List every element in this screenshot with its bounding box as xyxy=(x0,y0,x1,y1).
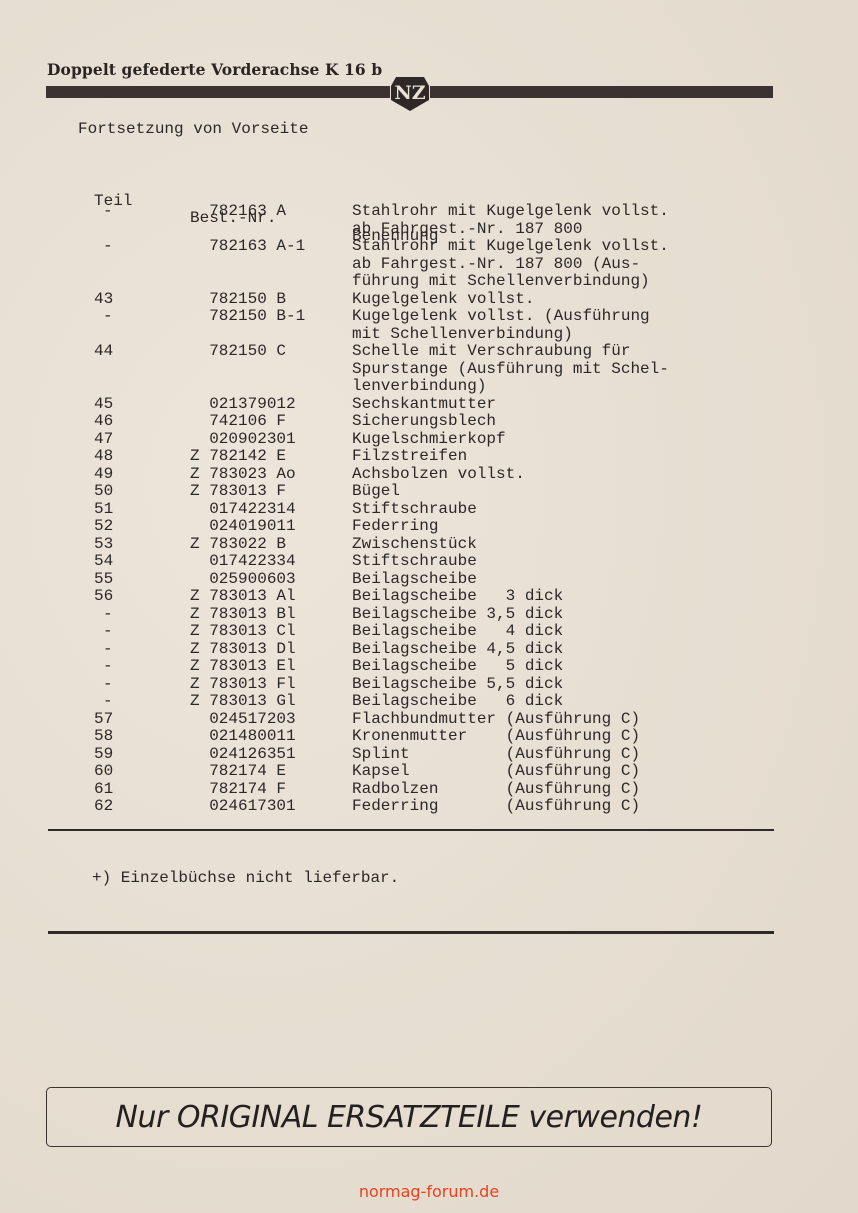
continuation-note: Fortsetzung von Vorseite xyxy=(78,120,308,138)
part-number: Z 783013 El xyxy=(190,658,296,676)
part-position: 50 xyxy=(94,483,113,501)
logo-text: NZ xyxy=(394,82,425,104)
description-line: Beilagscheibe xyxy=(352,571,477,589)
description-line: Beilagscheibe 6 dick xyxy=(352,693,563,711)
part-position: - xyxy=(103,676,113,694)
description-line: Beilagscheibe 3 dick xyxy=(352,588,563,606)
part-number: Z 783013 Fl xyxy=(190,676,296,694)
description-line: Schelle mit Verschraubung für xyxy=(352,343,669,361)
part-description: Sicherungsblech xyxy=(352,413,496,431)
part-number: 017422314 xyxy=(190,501,296,519)
part-position: 54 xyxy=(94,553,113,571)
description-line: ab Fahrgest.-Nr. 187 800 xyxy=(352,221,669,239)
part-description: Beilagscheibe 6 dick xyxy=(352,693,563,711)
part-number: Z 782142 E xyxy=(190,448,286,466)
part-number: 020902301 xyxy=(190,431,296,449)
description-line: Radbolzen (Ausführung C) xyxy=(352,781,640,799)
part-position: - xyxy=(103,623,113,641)
divider xyxy=(48,931,774,934)
divider xyxy=(48,829,774,831)
description-line: Federring (Ausführung C) xyxy=(352,798,640,816)
notice-box: Nur ORIGINAL ERSATZTEILE verwenden! xyxy=(46,1087,772,1147)
part-position: 44 xyxy=(94,343,113,361)
part-number: 742106 F xyxy=(190,413,286,431)
part-number: 017422334 xyxy=(190,553,296,571)
part-number: Z 783013 F xyxy=(190,483,286,501)
description-line: ab Fahrgest.-Nr. 187 800 (Aus- xyxy=(352,256,669,274)
part-position: 56 xyxy=(94,588,113,606)
part-number: Z 783013 Cl xyxy=(190,623,296,641)
part-number: 024517203 xyxy=(190,711,296,729)
part-number: 021379012 xyxy=(190,396,296,414)
description-line: Federring xyxy=(352,518,438,536)
part-number: 021480011 xyxy=(190,728,296,746)
part-description: Kugelschmierkopf xyxy=(352,431,506,449)
part-number: Z 783013 Gl xyxy=(190,693,296,711)
part-position: 62 xyxy=(94,798,113,816)
part-description: Beilagscheibe 3 dick xyxy=(352,588,563,606)
part-number: 024019011 xyxy=(190,518,296,536)
part-number: Z 783013 Al xyxy=(190,588,296,606)
part-description: Federring xyxy=(352,518,438,536)
part-number: Z 783022 B xyxy=(190,536,286,554)
part-number: 782150 B xyxy=(190,291,286,309)
description-line: führung mit Schellenverbindung) xyxy=(352,273,669,291)
part-description: Beilagscheibe 5 dick xyxy=(352,658,563,676)
part-description: Beilagscheibe 4 dick xyxy=(352,623,563,641)
description-line: Kugelgelenk vollst. (Ausführung xyxy=(352,308,650,326)
description-line: Kronenmutter (Ausführung C) xyxy=(352,728,640,746)
part-number: 782163 A-1 xyxy=(190,238,305,256)
part-description: Beilagscheibe 5,5 dick xyxy=(352,676,563,694)
part-position: 46 xyxy=(94,413,113,431)
part-position: 52 xyxy=(94,518,113,536)
part-position: - xyxy=(103,658,113,676)
description-line: mit Schellenverbindung) xyxy=(352,326,650,344)
part-number: 024126351 xyxy=(190,746,296,764)
nz-logo-icon: NZ xyxy=(390,74,430,112)
part-description: Stiftschraube xyxy=(352,553,477,571)
part-description: Beilagscheibe 4,5 dick xyxy=(352,641,563,659)
part-position: 53 xyxy=(94,536,113,554)
description-line: Kugelgelenk vollst. xyxy=(352,291,534,309)
part-number: 782150 C xyxy=(190,343,286,361)
part-number: 782163 A xyxy=(190,203,286,221)
header-bar xyxy=(430,86,773,98)
part-description: Bügel xyxy=(352,483,400,501)
part-description: Achsbolzen vollst. xyxy=(352,466,525,484)
part-description: Flachbundmutter (Ausführung C) xyxy=(352,711,640,729)
part-number: Z 783013 Bl xyxy=(190,606,296,624)
part-position: 58 xyxy=(94,728,113,746)
part-description: Kapsel (Ausführung C) xyxy=(352,763,640,781)
description-line: Flachbundmutter (Ausführung C) xyxy=(352,711,640,729)
watermark: normag-forum.de xyxy=(0,1182,858,1201)
part-description: Kronenmutter (Ausführung C) xyxy=(352,728,640,746)
part-position: 48 xyxy=(94,448,113,466)
part-number: Z 783013 Dl xyxy=(190,641,296,659)
part-position: - xyxy=(103,308,113,326)
part-description: Kugelgelenk vollst. (Ausführungmit Schel… xyxy=(352,308,650,343)
description-line: Stiftschraube xyxy=(352,553,477,571)
part-description: Federring (Ausführung C) xyxy=(352,798,640,816)
part-number: 782174 F xyxy=(190,781,286,799)
part-description: Stiftschraube xyxy=(352,501,477,519)
part-number: 025900603 xyxy=(190,571,296,589)
description-line: Sechskantmutter xyxy=(352,396,496,414)
description-line: Beilagscheibe 4 dick xyxy=(352,623,563,641)
part-position: 61 xyxy=(94,781,113,799)
part-position: - xyxy=(103,641,113,659)
description-line: Stiftschraube xyxy=(352,501,477,519)
part-position: 55 xyxy=(94,571,113,589)
description-line: Stahlrohr mit Kugelgelenk vollst. xyxy=(352,203,669,221)
part-description: Radbolzen (Ausführung C) xyxy=(352,781,640,799)
part-description: Schelle mit Verschraubung fürSpurstange … xyxy=(352,343,669,396)
table-header-row: Teil Best.-Nr. Benennung xyxy=(0,175,38,193)
part-number: Z 783023 Ao xyxy=(190,466,296,484)
description-line: Splint (Ausführung C) xyxy=(352,746,640,764)
description-line: Kugelschmierkopf xyxy=(352,431,506,449)
description-line: Zwischenstück xyxy=(352,536,477,554)
footnote: +) Einzelbüchse nicht lieferbar. xyxy=(92,869,399,887)
part-description: Filzstreifen xyxy=(352,448,467,466)
part-number: 782150 B-1 xyxy=(190,308,305,326)
part-description: Beilagscheibe 3,5 dick xyxy=(352,606,563,624)
part-description: Zwischenstück xyxy=(352,536,477,554)
part-position: - xyxy=(103,606,113,624)
part-position: 59 xyxy=(94,746,113,764)
description-line: Beilagscheibe 4,5 dick xyxy=(352,641,563,659)
description-line: lenverbindung) xyxy=(352,378,669,396)
description-line: Beilagscheibe 5 dick xyxy=(352,658,563,676)
part-position: 60 xyxy=(94,763,113,781)
description-line: Filzstreifen xyxy=(352,448,467,466)
part-position: 57 xyxy=(94,711,113,729)
part-position: 49 xyxy=(94,466,113,484)
part-description: Stahlrohr mit Kugelgelenk vollst.ab Fahr… xyxy=(352,238,669,291)
description-line: Bügel xyxy=(352,483,400,501)
part-position: 45 xyxy=(94,396,113,414)
part-position: - xyxy=(103,203,113,221)
part-description: Stahlrohr mit Kugelgelenk vollst.ab Fahr… xyxy=(352,203,669,238)
part-position: - xyxy=(103,238,113,256)
part-position: - xyxy=(103,693,113,711)
part-description: Splint (Ausführung C) xyxy=(352,746,640,764)
description-line: Beilagscheibe 3,5 dick xyxy=(352,606,563,624)
notice-text: Nur ORIGINAL ERSATZTEILE verwenden! xyxy=(116,1100,703,1135)
part-position: 51 xyxy=(94,501,113,519)
description-line: Beilagscheibe 5,5 dick xyxy=(352,676,563,694)
part-number: 024617301 xyxy=(190,798,296,816)
description-line: Achsbolzen vollst. xyxy=(352,466,525,484)
part-description: Sechskantmutter xyxy=(352,396,496,414)
part-position: 43 xyxy=(94,291,113,309)
description-line: Sicherungsblech xyxy=(352,413,496,431)
header-bar xyxy=(46,86,390,98)
description-line: Spurstange (Ausführung mit Schel- xyxy=(352,361,669,379)
part-position: 47 xyxy=(94,431,113,449)
description-line: Kapsel (Ausführung C) xyxy=(352,763,640,781)
part-description: Kugelgelenk vollst. xyxy=(352,291,534,309)
description-line: Stahlrohr mit Kugelgelenk vollst. xyxy=(352,238,669,256)
column-header-teil: Teil xyxy=(94,193,132,211)
part-number: 782174 E xyxy=(190,763,286,781)
document-title: Doppelt gefederte Vorderachse K 16 b xyxy=(47,60,382,79)
part-description: Beilagscheibe xyxy=(352,571,477,589)
